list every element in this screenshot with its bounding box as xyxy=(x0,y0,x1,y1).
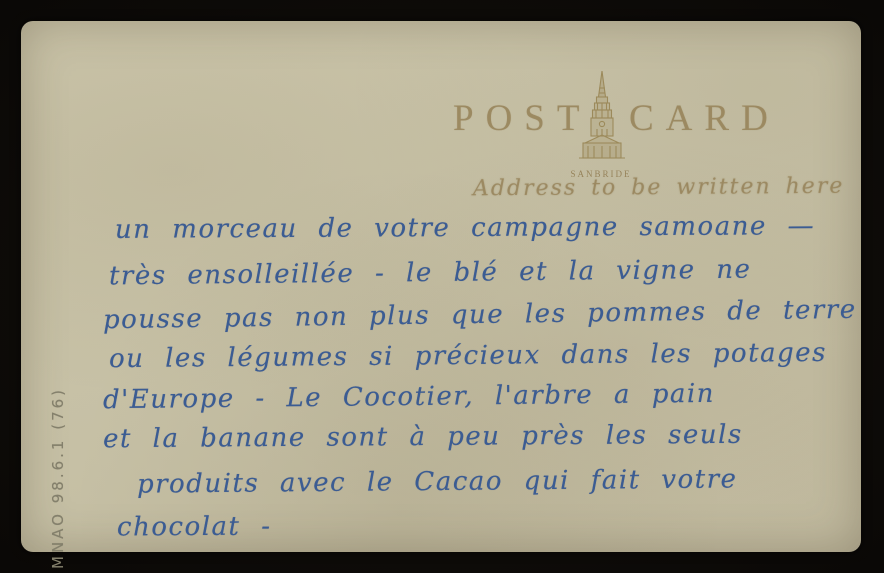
postcard: POST CARD SANBRIDE Address to be written xyxy=(21,21,861,552)
message-line: chocolat - xyxy=(117,512,272,543)
catalog-number: MNAO 98.6.1 (76) xyxy=(49,387,67,569)
church-spire-icon xyxy=(573,71,631,175)
message-line: et la banane sont à peu près les seuls xyxy=(103,420,743,454)
card-label: CARD xyxy=(629,97,780,140)
message-line: pousse pas non plus que les pommes de te… xyxy=(103,295,857,336)
message-line: d'Europe - Le Cocotier, l'arbre a pain xyxy=(103,379,715,415)
message-line: très ensolleillée - le blé et la vigne n… xyxy=(109,255,752,292)
address-hint-text: Address to be written here xyxy=(473,174,844,202)
message-line: produits avec le Cacao qui fait votre xyxy=(137,464,738,499)
message-line: ou les légumes si précieux dans les pota… xyxy=(109,338,827,374)
message-line: un morceau de votre campagne samoane — xyxy=(115,211,815,245)
post-label: POST xyxy=(453,97,591,140)
